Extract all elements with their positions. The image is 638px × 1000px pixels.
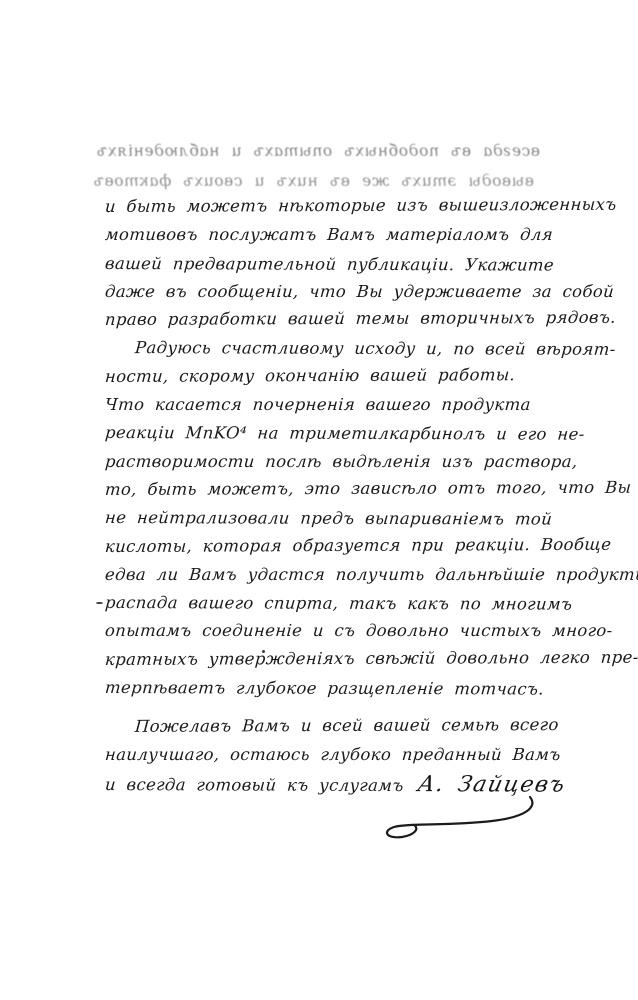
handwritten-line: и всегда готовый къ услугамъ (104, 771, 405, 800)
ink-speck (96, 602, 103, 604)
handwritten-line: вашей предварительной публикаціи. Укажит… (104, 250, 542, 280)
ink-speck (262, 650, 265, 653)
handwritten-line: опытамъ соединеніе и съ довольно чистыхъ… (104, 617, 542, 645)
handwritten-line: не нейтрализовали предъ выпариваніемъ то… (104, 504, 542, 534)
bleedthrough-block: всегда въ подобныхъ опытахъ и наблюденія… (104, 136, 540, 196)
handwritten-line: распада вашего спирта, такъ какъ по мног… (104, 589, 542, 619)
handwritten-line: право разработки вашей темы вторичныхъ р… (104, 304, 542, 334)
handwritten-line: кислоты, которая образуется при реакціи.… (104, 531, 542, 561)
handwritten-line: терпѣваетъ глубокое разщепленіе тотчасъ. (104, 674, 542, 704)
handwritten-line: растворимости послѣ выдѣленія изъ раство… (104, 448, 542, 476)
handwritten-line: мотивовъ послужатъ Вамъ матеріаломъ для (104, 221, 542, 249)
handwritten-line: Радуюсь счастливому исходу и, по всей вѣ… (104, 334, 542, 364)
handwritten-line: Пожелавъ Вамъ и всей вашей семьѣ всего (104, 711, 542, 741)
handwritten-line: и быть можетъ нѣкоторые изъ вышеизложенн… (104, 191, 542, 221)
handwritten-line: наилучшаго, остаюсь глубоко преданный Ва… (104, 741, 542, 769)
signature-flourish (380, 793, 550, 845)
handwritten-line: даже въ сообщеніи, что Вы удерживаете за… (104, 278, 542, 306)
letter-page: всегда въ подобныхъ опытахъ и наблюденія… (0, 0, 638, 1000)
handwritten-line: реакціи MnKO⁴ на триметилкарбинолъ и его… (104, 419, 542, 449)
bleedthrough-line: всегда въ подобныхъ опытахъ и наблюденія… (102, 136, 541, 166)
handwritten-line: едва ли Вамъ удастся получить дальнѣйшіе… (104, 561, 542, 589)
handwritten-line: Что касается почерненія вашего продукта (104, 391, 542, 419)
handwritten-line: ности, скорому окончанію вашей работы. (104, 361, 542, 391)
handwritten-line: кратныхъ утвержденіяхъ свѣжій довольно л… (104, 644, 542, 674)
letter-closing: Пожелавъ Вамъ и всей вашей семьѣ всего н… (104, 713, 540, 798)
handwritten-line: то, быть можетъ, это зависѣло отъ того, … (104, 474, 542, 504)
letter-body: и быть можетъ нѣкоторые изъ вышеизложенн… (104, 193, 540, 702)
